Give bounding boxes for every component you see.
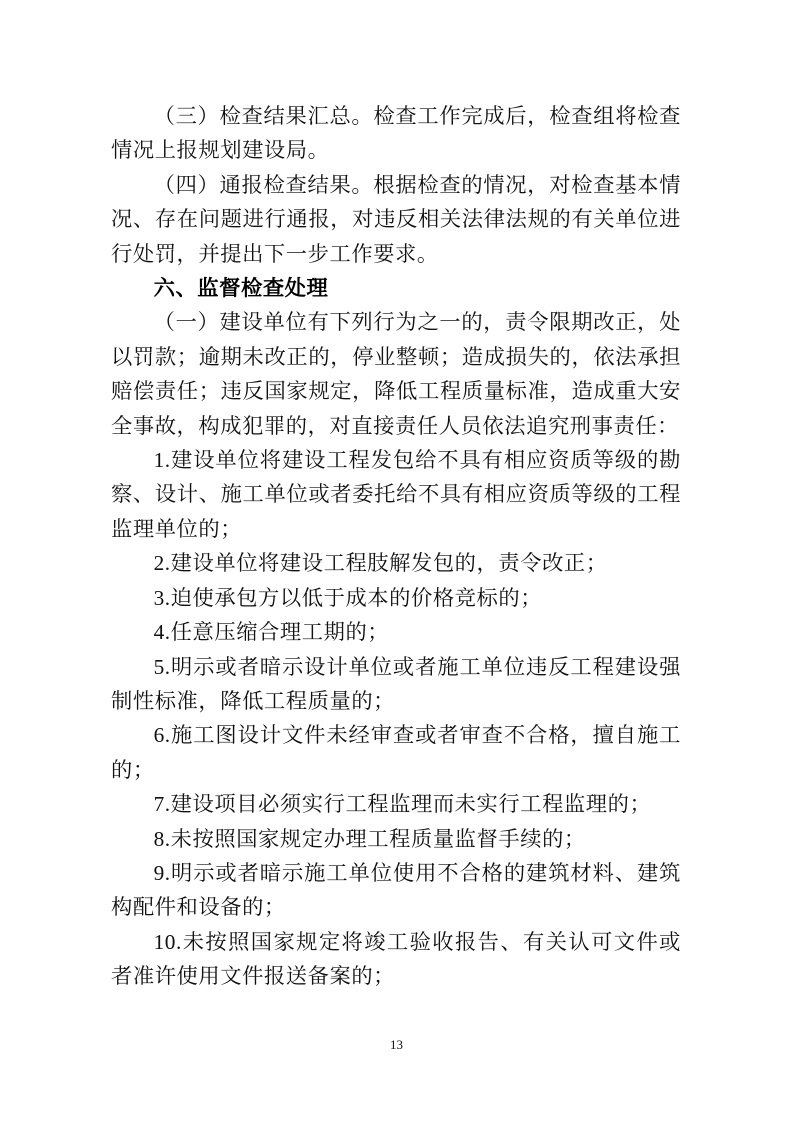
page-number: 13 <box>0 1037 793 1053</box>
section-heading-supervision-handling: 六、监督检查处理 <box>111 271 681 305</box>
list-item-7: 7.建设项目必须实行工程监理而未实行工程监理的； <box>111 787 681 821</box>
list-item-5: 5.明示或者暗示设计单位或者施工单位违反工程建设强制性标准，降低工程质量的； <box>111 650 681 719</box>
list-item-9: 9.明示或者暗示施工单位使用不合格的建筑材料、建筑构配件和设备的； <box>111 856 681 925</box>
list-item-3: 3.迫使承包方以低于成本的价格竞标的； <box>111 581 681 615</box>
paragraph-inspection-summary: （三）检查结果汇总。检查工作完成后，检查组将检查情况上报规划建设局。 <box>111 99 681 168</box>
paragraph-construction-unit-violations: （一）建设单位有下列行为之一的，责令限期改正，处以罚款；逾期未改正的，停业整顿；… <box>111 305 681 443</box>
list-item-1: 1.建设单位将建设工程发包给不具有相应资质等级的勘察、设计、施工单位或者委托给不… <box>111 443 681 546</box>
document-body: （三）检查结果汇总。检查工作完成后，检查组将检查情况上报规划建设局。 （四）通报… <box>111 99 681 994</box>
list-item-8: 8.未按照国家规定办理工程质量监督手续的； <box>111 822 681 856</box>
list-item-4: 4.任意压缩合理工期的； <box>111 615 681 649</box>
list-item-6: 6.施工图设计文件未经审查或者审查不合格，擅自施工的； <box>111 718 681 787</box>
list-item-10: 10.未按照国家规定将竣工验收报告、有关认可文件或者准许使用文件报送备案的； <box>111 925 681 994</box>
paragraph-notify-results: （四）通报检查结果。根据检查的情况，对检查基本情况、存在问题进行通报，对违反相关… <box>111 168 681 271</box>
document-page: （三）检查结果汇总。检查工作完成后，检查组将检查情况上报规划建设局。 （四）通报… <box>0 0 793 1122</box>
list-item-2: 2.建设单位将建设工程肢解发包的，责令改正； <box>111 546 681 580</box>
